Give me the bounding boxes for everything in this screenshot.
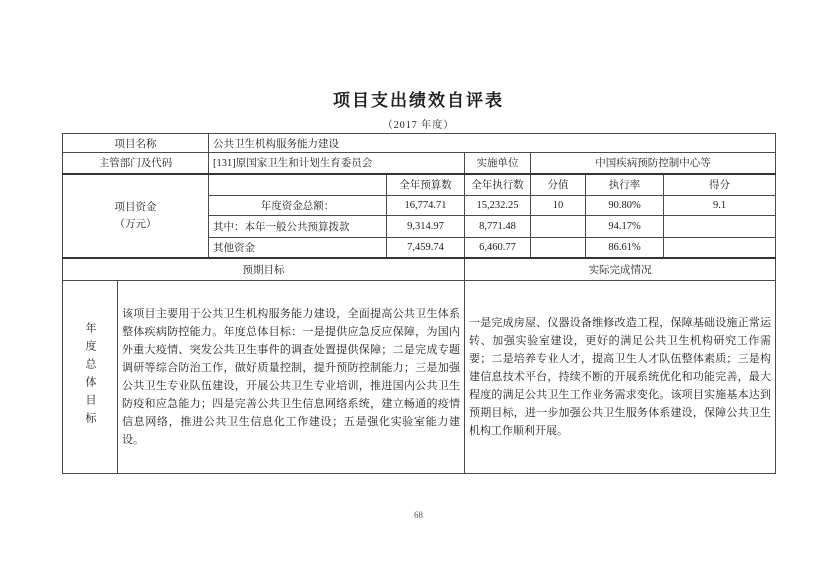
expected-goal-header: 预期目标 bbox=[63, 258, 465, 281]
funds-total-rate: 90.80% bbox=[586, 196, 664, 216]
funds-total-points: 10 bbox=[531, 196, 586, 216]
header-annual-execution: 全年执行数 bbox=[465, 174, 531, 196]
actual-completion-text: 一是完成房屋、仪器设备维修改造工程，保障基础设施正常运转、加强实验室建设，更好的… bbox=[465, 281, 776, 474]
page-subtitle: （2017 年度） bbox=[0, 116, 837, 131]
funds-general-budget: 9,314.97 bbox=[387, 216, 465, 238]
funds-general-points bbox=[531, 216, 586, 238]
page-title: 项目支出绩效自评表 bbox=[0, 86, 837, 111]
funds-general-score bbox=[664, 216, 776, 238]
funds-other-points bbox=[531, 238, 586, 258]
table-row-project-name: 项目名称 公共卫生机构服务能力建设 bbox=[63, 134, 776, 153]
funds-total-budget: 16,774.71 bbox=[387, 196, 465, 216]
implementing-unit-label: 实施单位 bbox=[465, 153, 531, 174]
project-name-label: 项目名称 bbox=[63, 134, 209, 153]
table-row-department: 主管部门及代码 [131]原国家卫生和计划生育委员会 实施单位 中国疾病预防控制… bbox=[63, 153, 776, 174]
document-page: 项目支出绩效自评表 （2017 年度） 项目名称 公共卫生机构服务能力建设 主管… bbox=[0, 0, 837, 582]
header-points: 分值 bbox=[531, 174, 586, 196]
project-name-value: 公共卫生机构服务能力建设 bbox=[209, 134, 776, 153]
expected-goal-text: 该项目主要用于公共卫生机构服务能力建设，全面提高公共卫生体系整体疾病防控能力。年… bbox=[118, 281, 465, 474]
funds-general-name: 其中：本年一般公共预算拨款 bbox=[209, 216, 387, 238]
header-annual-budget: 全年预算数 bbox=[387, 174, 465, 196]
funds-other-executed: 6,460.77 bbox=[465, 238, 531, 258]
funds-other-score bbox=[664, 238, 776, 258]
table-row-annual-goals: 年度总体目标 该项目主要用于公共卫生机构服务能力建设，全面提高公共卫生体系整体疾… bbox=[63, 281, 776, 474]
funds-label-line1: 项目资金 bbox=[67, 199, 204, 216]
evaluation-table: 项目名称 公共卫生机构服务能力建设 主管部门及代码 [131]原国家卫生和计划生… bbox=[62, 133, 776, 474]
funds-label: 项目资金 （万元） bbox=[63, 174, 209, 258]
funds-general-rate: 94.17% bbox=[586, 216, 664, 238]
header-score: 得分 bbox=[664, 174, 776, 196]
funds-other-budget: 7,459.74 bbox=[387, 238, 465, 258]
funds-other-name: 其他资金 bbox=[209, 238, 387, 258]
annual-goal-label: 年度总体目标 bbox=[63, 281, 118, 474]
funds-header-empty-cell bbox=[209, 174, 387, 196]
department-code-value: [131]原国家卫生和计划生育委员会 bbox=[209, 153, 465, 174]
funds-total-name: 年度资金总额： bbox=[209, 196, 387, 216]
table-row-funds-header: 项目资金 （万元） 全年预算数 全年执行数 分值 执行率 得分 bbox=[63, 174, 776, 196]
funds-total-executed: 15,232.25 bbox=[465, 196, 531, 216]
funds-label-line2: （万元） bbox=[67, 216, 204, 233]
actual-completion-header: 实际完成情况 bbox=[465, 258, 776, 281]
funds-total-score: 9.1 bbox=[664, 196, 776, 216]
implementing-unit-value: 中国疾病预防控制中心等 bbox=[531, 153, 776, 174]
department-label: 主管部门及代码 bbox=[63, 153, 209, 174]
page-number: 68 bbox=[0, 510, 837, 520]
header-execution-rate: 执行率 bbox=[586, 174, 664, 196]
funds-other-rate: 86.61% bbox=[586, 238, 664, 258]
table-row-goals-header: 预期目标 实际完成情况 bbox=[63, 258, 776, 281]
annual-goal-label-text: 年度总体目标 bbox=[82, 322, 98, 430]
funds-general-executed: 8,771.48 bbox=[465, 216, 531, 238]
